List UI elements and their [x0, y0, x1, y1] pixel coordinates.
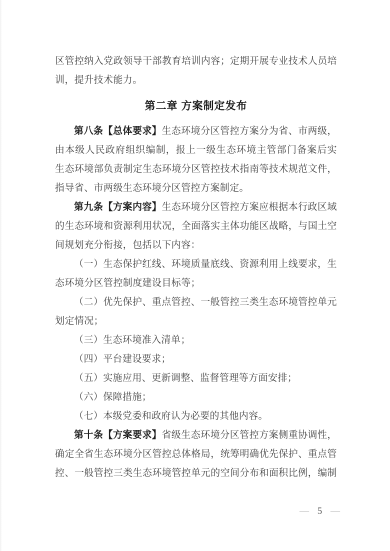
article-label: 第九条【方案内容】 [74, 203, 162, 213]
chapter-heading: 第二章 方案制定发布 [55, 97, 337, 116]
page-footer: — 5 — [300, 505, 341, 519]
footer-dash-left: — [300, 507, 310, 517]
article-label: 第十条【方案要求】 [74, 431, 162, 441]
text-line: （五）实施应用、更新调整、监督管理等方面安排； [55, 370, 337, 389]
text-line: 划定情况； [55, 313, 337, 332]
text-line: 第八条【总体要求】生态环境分区管控方案分为省、市两级， [55, 123, 337, 142]
document-page: 区管控纳入党政领导干部教育培训内容；定期开展专业技术人员培训，提升技术能力。第二… [0, 0, 390, 551]
document-body: 区管控纳入党政领导干部教育培训内容；定期开展专业技术人员培训，提升技术能力。第二… [55, 53, 337, 484]
text-line: 确定全省生态环境分区管控总体格局，统筹明确优先保护、重点管 [55, 446, 337, 465]
text-line: 的生态环境和资源利用状况，全面落实主体功能区战略，与国土空 [55, 218, 337, 237]
page-number: 5 [317, 507, 322, 517]
text-line: （六）保障措施； [55, 389, 337, 408]
text-line: 间规划充分衔接，包括以下内容： [55, 237, 337, 256]
text-line: （七）本级党委和政府认为必要的其他内容。 [55, 408, 337, 427]
text-line: 第九条【方案内容】生态环境分区管控方案应根据本行政区域 [55, 199, 337, 218]
text-line: 由本级人民政府组织编制，报上一级生态环境主管部门备案后实施。 [55, 142, 337, 161]
text-line: 指导省、市两级生态环境分区管控方案制定。 [55, 180, 337, 199]
text-line: 区管控纳入党政领导干部教育培训内容；定期开展专业技术人员培 [55, 53, 337, 72]
text-line: 态环境分区管控制度建设目标等； [55, 275, 337, 294]
text-line: 控、一般管控三类生态环境管控单元的空间分布和面积比例，编制 [55, 465, 337, 484]
text-line: （一）生态保护红线、环境质量底线、资源利用上线要求，生 [55, 256, 337, 275]
text-line: （三）生态环境准入清单； [55, 332, 337, 351]
footer-dash-right: — [331, 507, 341, 517]
text-line: （二）优先保护、重点管控、一般管控三类生态环境管控单元 [55, 294, 337, 313]
text-line: （四）平台建设要求； [55, 351, 337, 370]
text-line: 第十条【方案要求】省级生态环境分区管控方案侧重协调性， [55, 427, 337, 446]
article-label: 第八条【总体要求】 [74, 127, 162, 137]
text-line: 训，提升技术能力。 [55, 72, 337, 91]
text-line: 生态环境部负责制定生态环境分区管控技术指南等技术规范文件， [55, 161, 337, 180]
